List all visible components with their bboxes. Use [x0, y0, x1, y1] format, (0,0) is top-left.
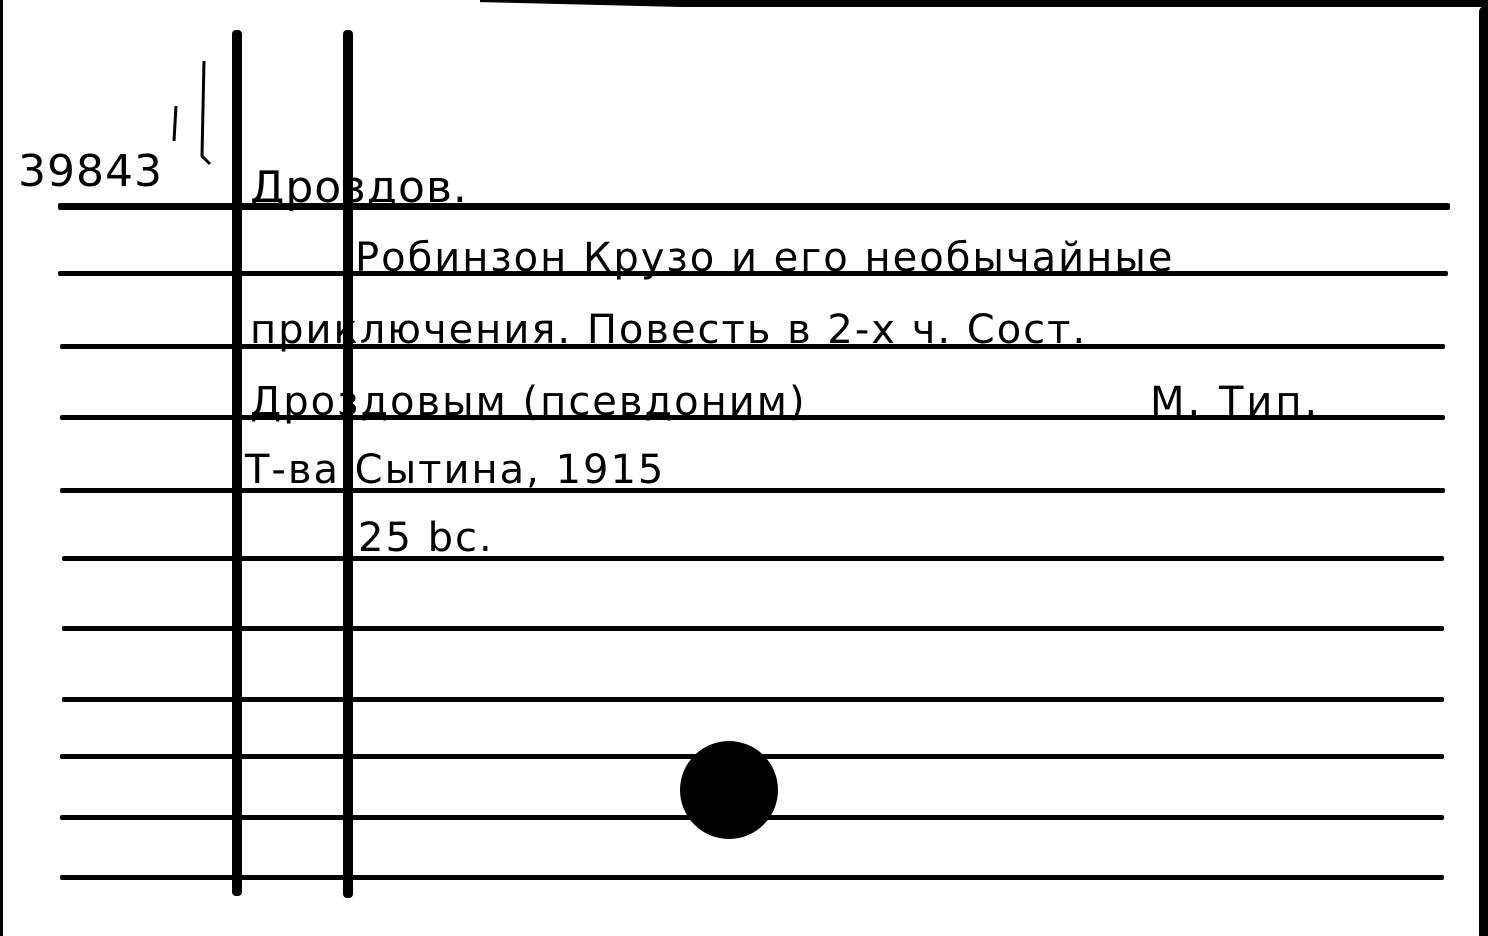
- punch-hole-icon: [680, 741, 778, 839]
- call-number: 39843: [18, 150, 163, 194]
- entry-line-1: Робинзон Крузо и его необычайные: [355, 238, 1174, 278]
- ruled-line: [60, 875, 1444, 880]
- entry-line-4: Т-ва Сытина, 1915: [245, 450, 665, 490]
- margin-line-left: [232, 30, 242, 896]
- shelf-mark: 25 bc.: [358, 518, 494, 558]
- entry-line-2: приключения. Повесть в 2-х ч. Сост.: [250, 310, 1087, 350]
- entry-line-3-imprint: М. Тип.: [1150, 382, 1320, 422]
- card-edge-top: [480, 0, 1488, 7]
- ruled-line: [62, 626, 1444, 631]
- ruled-line: [62, 697, 1444, 702]
- author-heading: Дроздов.: [250, 166, 468, 210]
- pencil-marks-icon: [168, 56, 218, 166]
- ruled-line: [62, 556, 1444, 561]
- entry-line-3: Дроздовым (псевдоним): [250, 382, 807, 422]
- card-edge-right: [1479, 6, 1488, 936]
- catalog-card: 39843 Дроздов. Робинзон Крузо и его необ…: [0, 0, 1488, 936]
- card-edge-left: [0, 0, 3, 936]
